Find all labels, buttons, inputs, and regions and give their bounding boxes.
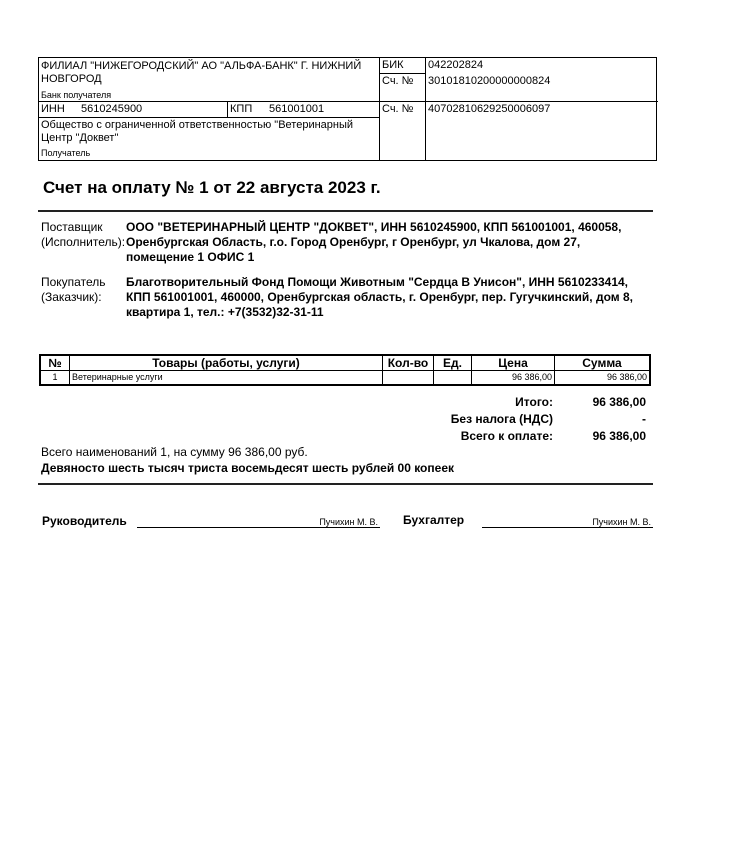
col-price: Цена bbox=[472, 355, 555, 371]
items-count-summary: Всего наименований 1, на сумму 96 386,00… bbox=[41, 445, 308, 459]
supplier-label: Поставщик (Исполнитель): bbox=[41, 220, 125, 250]
account-label: Сч. № bbox=[382, 103, 413, 116]
buyer-details: Благотворительный Фонд Помощи Животным "… bbox=[126, 275, 651, 320]
row-qty bbox=[383, 371, 434, 386]
accountant-label: Бухгалтер bbox=[403, 513, 464, 527]
vat-label: Без налога (НДС) bbox=[353, 412, 553, 426]
accountant-name: Пучихин М. В. bbox=[482, 517, 651, 527]
corr-account-label: Сч. № bbox=[382, 75, 413, 88]
divider bbox=[379, 101, 658, 102]
corr-account-value: 30101810200000000824 bbox=[428, 75, 550, 88]
supplier-label-line2: (Исполнитель): bbox=[41, 235, 125, 250]
bik-label: БИК bbox=[382, 59, 404, 72]
row-sum: 96 386,00 bbox=[555, 371, 651, 386]
summary-rule bbox=[38, 483, 653, 485]
recipient-caption: Получатель bbox=[41, 147, 90, 160]
buyer-label-line1: Покупатель bbox=[41, 275, 105, 290]
invoice-title: Счет на оплату № 1 от 22 августа 2023 г. bbox=[43, 178, 381, 198]
col-number: № bbox=[40, 355, 70, 371]
bank-name: ФИЛИАЛ "НИЖЕГОРОДСКИЙ" АО "АЛЬФА-БАНК" Г… bbox=[41, 60, 377, 86]
col-sum: Сумма bbox=[555, 355, 651, 371]
col-goods: Товары (работы, услуги) bbox=[70, 355, 383, 371]
due-value: 96 386,00 bbox=[546, 429, 646, 443]
items-table: № Товары (работы, услуги) Кол-во Ед. Цен… bbox=[39, 354, 651, 386]
supplier-label-line1: Поставщик bbox=[41, 220, 125, 235]
divider bbox=[39, 117, 379, 118]
table-row: 1 Ветеринарные услуги 96 386,00 96 386,0… bbox=[40, 371, 650, 386]
supplier-details: ООО "ВЕТЕРИНАРНЫЙ ЦЕНТР "ДОКВЕТ", ИНН 56… bbox=[126, 220, 651, 265]
kpp-value: 561001001 bbox=[269, 103, 324, 116]
due-label: Всего к оплате: bbox=[353, 429, 553, 443]
bank-caption: Банк получателя bbox=[41, 89, 111, 102]
row-price: 96 386,00 bbox=[472, 371, 555, 386]
buyer-label: Покупатель (Заказчик): bbox=[41, 275, 105, 305]
amount-in-words: Девяносто шесть тысяч триста восемьдесят… bbox=[41, 461, 454, 475]
inn-label: ИНН bbox=[41, 103, 65, 116]
inn-value: 5610245900 bbox=[81, 103, 142, 116]
director-label: Руководитель bbox=[42, 514, 127, 528]
divider bbox=[379, 73, 425, 74]
accountant-signature-line bbox=[482, 527, 653, 528]
recipient-name: Общество с ограниченной ответственностью… bbox=[41, 119, 377, 145]
total-value: 96 386,00 bbox=[546, 395, 646, 409]
account-value: 40702810629250006097 bbox=[428, 103, 550, 116]
row-unit bbox=[434, 371, 472, 386]
title-rule bbox=[38, 210, 653, 212]
kpp-label: КПП bbox=[230, 103, 252, 116]
bank-details-table: ФИЛИАЛ "НИЖЕГОРОДСКИЙ" АО "АЛЬФА-БАНК" Г… bbox=[38, 57, 657, 161]
divider bbox=[227, 101, 228, 118]
director-signature-line bbox=[137, 527, 380, 528]
col-unit: Ед. bbox=[434, 355, 472, 371]
total-label: Итого: bbox=[353, 395, 553, 409]
director-name: Пучихин М. В. bbox=[137, 517, 378, 527]
row-name: Ветеринарные услуги bbox=[70, 371, 383, 386]
divider bbox=[425, 58, 426, 160]
bik-value: 042202824 bbox=[428, 59, 483, 72]
items-header-row: № Товары (работы, услуги) Кол-во Ед. Цен… bbox=[40, 355, 650, 371]
col-qty: Кол-во bbox=[383, 355, 434, 371]
vat-value: - bbox=[546, 412, 646, 426]
row-number: 1 bbox=[40, 371, 70, 386]
buyer-label-line2: (Заказчик): bbox=[41, 290, 105, 305]
